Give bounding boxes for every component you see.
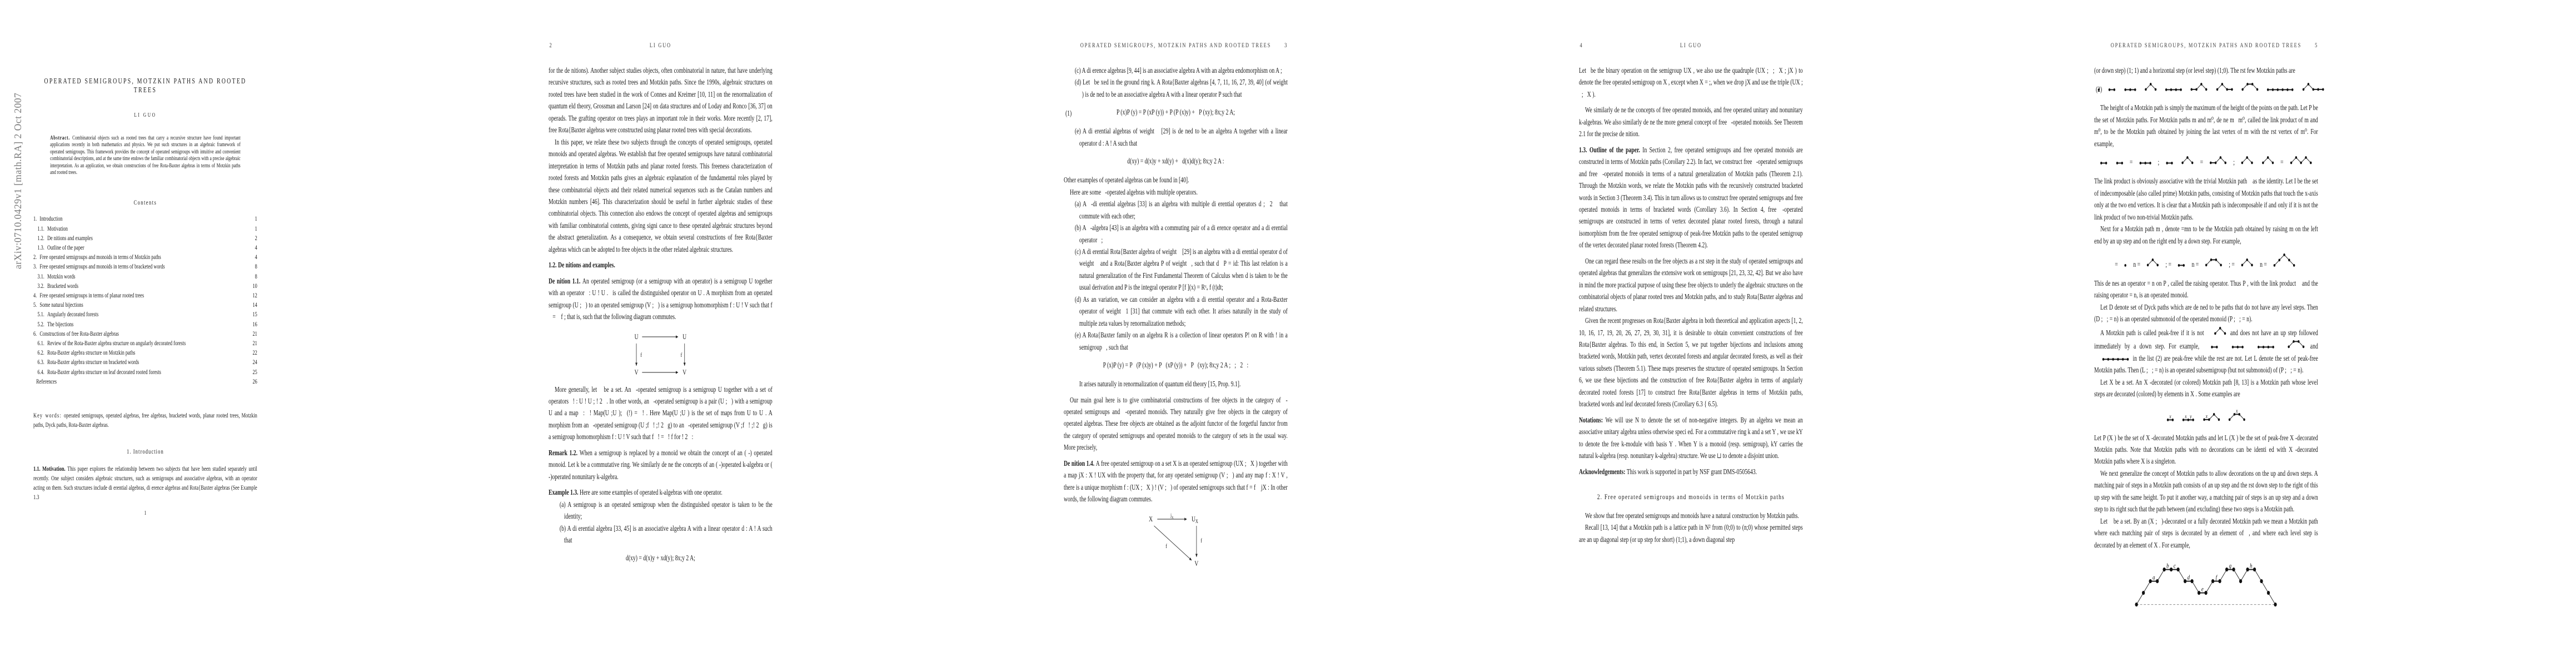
paragraph-lead: 1.2. De nitions and examples.	[549, 261, 615, 269]
paragraph-text: In Section 2, free operated semigroups a…	[1579, 146, 1803, 250]
page-content: 2LI GUOfor the de nitions). Another subj…	[549, 42, 773, 571]
path-label: x	[2235, 407, 2238, 414]
paragraph-lead: 1.1. Motivation.	[33, 466, 67, 472]
toc-label: Rota-Baxter algebra structure on bracket…	[47, 358, 139, 367]
table-of-contents: 1.Introduction11.1.Motivation11.2.De nit…	[33, 215, 257, 387]
toc-number: 1.1.	[37, 225, 44, 234]
motzkin-path-wrap	[2215, 81, 2234, 96]
motzkin-path	[2266, 87, 2295, 93]
toc-page: 21	[252, 339, 257, 349]
toc-page: 4	[255, 253, 257, 262]
motzkin-paths-row: (2)	[2094, 81, 2318, 96]
equation-text: n =	[2260, 260, 2267, 268]
paragraph-text: for the de nitions). Another subject stu…	[549, 66, 773, 134]
page-content: OPERATED SEMIGROUPS, MOTZKIN PATHS AND R…	[33, 42, 257, 516]
motzkin-path-wrap	[2261, 155, 2274, 170]
paragraph: One can regard these results on the free…	[1579, 255, 1803, 315]
equation-text: =	[2280, 158, 2283, 166]
paragraph-text: We will use N to denote the set of non-n…	[1579, 416, 1803, 460]
paragraph: (a) A semigroup is an operated semigroup…	[549, 499, 773, 522]
page-1: OPERATED SEMIGROUPS, MOTZKIN PATHS AND R…	[0, 0, 515, 667]
header-running-title: LI GUO	[1680, 42, 1702, 49]
paragraph-lead: Remark 1.2.	[549, 449, 580, 457]
motzkin-path-wrap	[2273, 252, 2296, 272]
paragraph: More generally, let be a set. An -operat…	[549, 384, 773, 443]
header-page-number: 5	[2315, 42, 2317, 49]
toc-spacer	[161, 368, 253, 377]
path-label: x	[2169, 413, 2171, 419]
motzkin-paths-row: = n = ; = n = ; = n =	[2094, 252, 2318, 272]
motzkin-path-wrap	[2240, 155, 2254, 170]
motzkin-path-wrap: x	[2228, 405, 2246, 426]
toc-row: 6.Constructions of free Rota-Baxter alge…	[33, 330, 257, 339]
toc-label: Some natural bijections	[39, 301, 83, 310]
toc-spacer	[186, 339, 252, 349]
path-label: x	[2185, 413, 2187, 419]
equation-text: and	[2310, 342, 2318, 350]
path-label: b	[2166, 563, 2169, 570]
equation-body: d(xy) = d(x)y + xd(y) + d(x)d(y); 8x;y 2…	[1127, 157, 1224, 165]
toc-spacer	[68, 225, 255, 234]
motzkin-paths-row: = ; = ; =	[2094, 155, 2318, 170]
motzkin-path	[2146, 257, 2160, 268]
toc-label: Outline of the paper	[47, 243, 84, 253]
paragraph-lead: De nition 1.1.	[549, 277, 582, 285]
motzkin-path-wrap	[2115, 155, 2124, 170]
section-heading: 2. Free operated semigroups and monoids …	[1579, 492, 1803, 501]
paragraph: Let be the binary operation on the semig…	[1579, 64, 1803, 100]
toc-label: Motivation	[47, 225, 68, 234]
path-label: a	[2153, 575, 2155, 582]
toc-spacer	[161, 253, 255, 262]
paragraph-text: (e) A di erential algebras of weight [29…	[1075, 127, 1288, 147]
decorated-motzkin-path-figure: abcdefgh	[2094, 559, 2318, 609]
toc-label: Bracketed words	[47, 282, 78, 291]
motzkin-path-wrap	[2100, 155, 2108, 170]
motzkin-path	[2240, 155, 2254, 166]
toc-row: 5.Some natural bijections14	[33, 301, 257, 310]
paragraph-text: Given the recent progresses on Rota{Baxt…	[1579, 316, 1803, 408]
paragraph: (e) A di erential algebras of weight [29…	[1064, 125, 1288, 149]
toc-spacer	[98, 310, 252, 320]
header-page-number: 3	[1284, 42, 1287, 49]
paragraph-text: Here are some -operated algebras with mu…	[1070, 188, 1198, 196]
toc-label: Free operated semigroups and monoids in …	[39, 262, 165, 272]
equation-text: =	[2200, 158, 2203, 166]
paragraph-text: (a) A -di erential algebras [33] is an a…	[1075, 200, 1288, 220]
toc-row: 1.2.De nitions and examples2	[33, 234, 257, 243]
toc-row: 1.Introduction1	[33, 215, 257, 224]
toc-number: 1.	[33, 215, 37, 224]
paragraph-text: Other examples of operated algebras can …	[1064, 176, 1189, 184]
motzkin-path: x	[2228, 405, 2246, 423]
paragraph-with-paths: A Motzkin path is called peak-free if it…	[2094, 325, 2318, 376]
paragraph: (b) A di erential algebra [33, 45] is an…	[549, 522, 773, 546]
paragraph-text: (c) A di erential Rota{Baxter algebra of…	[1075, 247, 1288, 291]
toc-spacer	[78, 282, 252, 291]
paragraph: The height of a Motzkin path is simply t…	[2094, 102, 2318, 150]
page-3: OPERATED SEMIGROUPS, MOTZKIN PATHS AND R…	[1030, 0, 1546, 667]
path-label: y	[2190, 413, 2192, 419]
paragraph: We next generalize the concept of Motzki…	[2094, 467, 2318, 515]
toc-page: 21	[252, 330, 257, 339]
author-name: LI GUO	[33, 112, 257, 118]
path-label: h	[2250, 563, 2252, 570]
motzkin-path: x	[2203, 405, 2221, 423]
diagram-label: X	[1149, 515, 1153, 523]
motzkin-path-wrap	[2205, 257, 2223, 272]
paragraph-text: (c) A di erence algebras [9, 44] is an a…	[1075, 66, 1282, 74]
paragraph: (or down step) (1; 1) and a horizontal s…	[2094, 64, 2318, 76]
equation-text: =	[2115, 260, 2117, 268]
paragraph-text: Recall [13, 14] that a Motzkin path is a…	[1579, 523, 1803, 543]
toc-spacer	[119, 330, 253, 339]
toc-number: 1.2.	[37, 234, 44, 243]
toc-number: 6.3.	[37, 358, 44, 367]
page-content: OPERATED SEMIGROUPS, MOTZKIN PATHS AND R…	[1064, 42, 1288, 575]
paragraph-text: Next for a Motzkin path m , denote =mn t…	[2094, 225, 2318, 245]
motzkin-path	[2165, 87, 2183, 93]
motzkin-path: abcdefgh	[2134, 559, 2279, 609]
paragraph-lead: De nition 1.4.	[1064, 459, 1096, 467]
toc-page: 25	[252, 368, 257, 377]
toc-number: 6.	[33, 330, 37, 339]
paragraph: In this paper, we relate these two subje…	[549, 136, 773, 256]
toc-number: 3.	[33, 262, 37, 272]
paragraph-text: The link product is obviously associativ…	[2094, 177, 2318, 221]
paragraph: 1.3. Outline of the paper.In Section 2, …	[1579, 144, 1803, 251]
path-label: d	[2188, 575, 2190, 582]
paragraph-text: Let D denote set of Dyck paths which are…	[2094, 303, 2318, 323]
paragraph-text: (a) A semigroup is an operated semigroup…	[560, 500, 773, 520]
diagram-label: f	[681, 351, 682, 359]
motzkin-path	[2190, 81, 2208, 93]
motzkin-path-wrap	[2124, 82, 2137, 96]
paragraph-text: We next generalize the concept of Motzki…	[2094, 469, 2318, 513]
equation-text: n =	[2191, 260, 2199, 268]
motzkin-path-wrap	[2144, 81, 2158, 96]
paragraph-lead: Example 1.3.	[549, 488, 580, 496]
toc-number: 5.	[33, 301, 37, 310]
paragraph: This de nes an operator = n on P , calle…	[2094, 277, 2318, 301]
paragraph: De nition 1.4.A free operated semigroup …	[1064, 457, 1288, 505]
toc-row: 6.4.Rota-Baxter algebra structure on lea…	[33, 368, 257, 377]
paragraph: (d) Let be xed in the ground ring k. A R…	[1064, 76, 1288, 100]
motzkin-path-wrap	[2266, 82, 2295, 96]
motzkin-path	[2165, 160, 2174, 166]
toc-number: 3.2.	[37, 282, 44, 291]
toc-page: 14	[252, 301, 257, 310]
motzkin-path-wrap	[2289, 155, 2313, 170]
equation-tag: (2)	[2096, 82, 2102, 97]
paragraph-text: One can regard these results on the free…	[1579, 257, 1803, 313]
motzkin-path-wrap	[2250, 340, 2275, 352]
motzkin-path-wrap	[2139, 155, 2152, 170]
paragraph: Recall [13, 14] that a Motzkin path is a…	[1579, 521, 1803, 545]
paragraph-text: This de nes an operator = n on P , calle…	[2094, 279, 2318, 299]
motzkin-path-wrap	[2178, 257, 2186, 272]
toc-spacer	[144, 291, 252, 301]
page-content: 4LI GUOLet be the binary operation on th…	[1579, 42, 1803, 545]
motzkin-path	[2256, 344, 2275, 350]
diagram-label: f	[640, 351, 642, 359]
header-page-number: 2	[549, 42, 551, 49]
motzkin-path-wrap	[2208, 325, 2227, 339]
toc-page: 10	[252, 282, 257, 291]
toc-label: Rota-Baxter algebra structure on leaf de…	[47, 368, 161, 377]
motzkin-path	[2301, 81, 2325, 93]
running-header: 2LI GUO	[549, 42, 773, 52]
motzkin-path	[2115, 160, 2124, 166]
toc-row: 5.1.Angularly decorated forests15	[33, 310, 257, 320]
paragraph-text: A free operated semigroup on a set X is …	[1064, 459, 1288, 503]
toc-page: 2	[255, 234, 257, 243]
keywords-text: operated semigroups, operated algebras, …	[33, 412, 257, 429]
paragraph: It arises naturally in renormalization o…	[1064, 378, 1288, 390]
paragraph: We similarly de ne the concepts of free …	[1579, 104, 1803, 140]
paragraph: Our main goal here is to give combinator…	[1064, 394, 1288, 454]
toc-page: 24	[252, 358, 257, 367]
toc-number: 3.1.	[37, 272, 44, 282]
motzkin-path-wrap	[2241, 81, 2259, 96]
motzkin-path-wrap	[2204, 340, 2219, 352]
diagram-label: U	[682, 333, 686, 341]
keywords-label: Key words:	[33, 412, 64, 419]
motzkin-path	[2289, 155, 2313, 166]
toc-spacer	[139, 358, 252, 367]
motzkin-path-wrap	[2107, 82, 2116, 96]
toc-page: 8	[255, 262, 257, 272]
toc-number: 2.	[33, 253, 37, 262]
toc-row: 6.1.Review of the Rota-Baxter algebra st…	[33, 339, 257, 349]
toc-row: 3.1.Motzkin words8	[33, 272, 257, 282]
paragraph-text: More generally, let be a set. An -operat…	[549, 385, 773, 441]
path-label: f	[2216, 575, 2218, 582]
paragraph-text: Here are some examples of operated k-alg…	[580, 488, 723, 496]
header-running-title: OPERATED SEMIGROUPS, MOTZKIN PATHS AND R…	[2111, 42, 2301, 49]
paragraph-text: Let P (X ) be the set of X -decorated Mo…	[2094, 434, 2318, 466]
paper-title: OPERATED SEMIGROUPS, MOTZKIN PATHS AND R…	[33, 77, 257, 94]
toc-label: Rota-Baxter algebra structure on Motzkin…	[47, 349, 135, 358]
equation-body: d(xy) = d(x)y + xd(y); 8x;y 2 A;	[626, 554, 695, 562]
paragraph-text: Let X be a set. An X -decorated (or colo…	[2094, 378, 2318, 398]
diagram-label: UX	[1192, 515, 1198, 524]
toc-spacer	[57, 377, 252, 387]
paragraph: (d) As an variation, we can consider an …	[1064, 293, 1288, 329]
equation-text: =	[2130, 158, 2132, 166]
page-5: OPERATED SEMIGROUPS, MOTZKIN PATHS AND R…	[2061, 0, 2576, 667]
paragraph: Let D denote set of Dyck paths which are…	[2094, 301, 2318, 325]
paragraph-text: (b) A -algebra [43] is an algebra with a…	[1075, 223, 1288, 243]
toc-row: 2.Free operated semigroups and monoids i…	[33, 253, 257, 262]
toc-row: 1.1.Motivation1	[33, 225, 257, 234]
paragraph-text: When a semigroup is replaced by a monoid…	[549, 449, 773, 481]
toc-page: 8	[255, 272, 257, 282]
toc-page: 12	[252, 291, 257, 301]
diagram-label: f	[1200, 537, 1202, 544]
toc-spacer	[73, 320, 252, 330]
paragraph-text: In this paper, we relate these two subje…	[549, 138, 773, 253]
diagram-label: U	[635, 333, 639, 341]
paragraph-text: It arises naturally in renormalization o…	[1079, 380, 1240, 388]
equation-text: ; =	[2229, 260, 2235, 268]
motzkin-path	[2273, 252, 2296, 268]
paragraph-text: (d) Let be xed in the ground ring k. A R…	[1075, 78, 1288, 98]
toc-label: Review of the Rota-Baxter algebra struct…	[47, 339, 186, 349]
header-page-number: 4	[1580, 42, 1582, 49]
toc-spacer	[135, 349, 252, 358]
motzkin-path	[2101, 356, 2130, 362]
page-content: OPERATED SEMIGROUPS, MOTZKIN PATHS AND R…	[2094, 42, 2318, 614]
path-label: x	[2205, 412, 2208, 419]
page-2: 2LI GUOfor the de nitions). Another subj…	[515, 0, 1030, 667]
abstract-label: Abstract.	[50, 135, 72, 141]
toc-label: Introduction	[39, 215, 62, 224]
toc-label: Free operated semigroups and monoids in …	[39, 253, 161, 262]
toc-number: 1.3.	[37, 243, 44, 253]
equation-body: P (x)P (y) = P (P (x)y) + P (xP (y)) + P…	[1103, 361, 1249, 369]
paragraph: 1.1. Motivation.This paper explores the …	[33, 465, 257, 503]
toc-label: Motzkin words	[47, 272, 76, 282]
motzkin-path: xy	[2182, 411, 2195, 423]
motzkin-path-wrap	[2281, 339, 2305, 352]
paragraph-text: (e) A Rota{Baxter family on an algebra R…	[1075, 331, 1288, 351]
paragraph-lead: Acknowledgements:	[1579, 467, 1627, 476]
toc-page: 16	[252, 320, 257, 330]
commutative-square-svg: UUVVff	[630, 330, 691, 377]
toc-page: 1	[255, 225, 257, 234]
paragraph: We show that free operated semigroups an…	[1579, 510, 1803, 521]
header-running-title: LI GUO	[650, 42, 671, 49]
contents-heading: Contents	[33, 200, 257, 206]
toc-number: 6.2.	[37, 349, 44, 358]
equation-text: ; =	[2165, 260, 2171, 268]
equation-body: P (x)P (y) = P (xP (y)) + P (P (x)y) + P…	[1117, 108, 1235, 116]
motzkin-path-wrap: x	[2203, 405, 2221, 426]
page-4: 4LI GUOLet be the binary operation on th…	[1546, 0, 2061, 667]
paragraph: Let X be a set. An X -decorated (or colo…	[2094, 376, 2318, 400]
paragraph: Let P (X ) be the set of X -decorated Mo…	[2094, 432, 2318, 467]
paragraph: Remark 1.2.When a semigroup is replaced …	[549, 447, 773, 482]
toc-row: 6.3.Rota-Baxter algebra structure on bra…	[33, 358, 257, 367]
paragraph: Let be a set. By an (X ; )-decorated or …	[2094, 515, 2318, 551]
running-header: OPERATED SEMIGROUPS, MOTZKIN PATHS AND R…	[1064, 42, 1288, 52]
toc-number: 4.	[33, 291, 37, 301]
motzkin-path	[2215, 81, 2234, 93]
motzkin-path	[2261, 155, 2274, 166]
equation-text: A Motzkin path is called peak-free if it…	[2100, 328, 2204, 337]
paragraph: for the de nitions). Another subject stu…	[549, 64, 773, 136]
toc-spacer	[83, 301, 253, 310]
motzkin-paths-row: x xy x x	[2094, 405, 2318, 426]
toc-page: 1	[255, 215, 257, 224]
toc-label: Constructions of free Rota-Baxter algebr…	[39, 330, 118, 339]
motzkin-path	[2124, 87, 2137, 93]
toc-number: 6.4.	[37, 368, 44, 377]
motzkin-path-wrap	[2124, 257, 2127, 272]
equation: P (x)P (y) = P (P (x)y) + P (xP (y)) + P…	[1064, 358, 1288, 372]
motzkin-path	[2107, 87, 2116, 93]
paragraph-text: (d) As an variation, we can consider an …	[1075, 295, 1288, 327]
toc-row: 5.2.The bijections16	[33, 320, 257, 330]
paragraph: De nition 1.1.An operated semigroup (or …	[549, 275, 773, 323]
toc-row: 3.2.Bracketed words10	[33, 282, 257, 291]
paragraph-text: We similarly de ne the concepts of free …	[1579, 106, 1803, 138]
equation: d(xy) = d(x)y + xd(y) + d(x)d(y); 8x;y 2…	[1064, 154, 1288, 168]
abstract: Abstract.Combinatorial objects such as r…	[50, 135, 241, 176]
motzkin-path	[2139, 160, 2152, 166]
motzkin-path	[2124, 262, 2127, 268]
diagram-label: f	[1165, 542, 1167, 550]
paragraph: Here are some -operated algebras with mu…	[1064, 186, 1288, 198]
paragraph: Other examples of operated algebras can …	[1064, 174, 1288, 186]
header-running-title: OPERATED SEMIGROUPS, MOTZKIN PATHS AND R…	[1080, 42, 1271, 49]
paragraph: 1.2. De nitions and examples.	[549, 259, 773, 271]
motzkin-path	[2231, 344, 2244, 350]
toc-number: 5.2.	[37, 320, 44, 330]
motzkin-path-wrap: x	[2166, 411, 2174, 426]
motzkin-path-wrap: xy	[2182, 411, 2195, 426]
paragraph: (c) A di erence algebras [9, 44] is an a…	[1064, 64, 1288, 76]
abstract-text: Combinatorial objects such as rooted tre…	[50, 135, 241, 176]
toc-spacer	[93, 234, 255, 243]
toc-spacer	[165, 262, 255, 272]
toc-spacer	[75, 272, 255, 282]
paragraph-lead: 1.3. Outline of the paper.	[1579, 146, 1642, 154]
paragraph-text: This paper explores the relationship bet…	[33, 466, 257, 501]
toc-row: 3.Free operated semigroups and monoids i…	[33, 262, 257, 272]
diagram-label: jX	[1170, 512, 1173, 520]
motzkin-path-wrap	[2190, 81, 2208, 96]
paragraph-text: We show that free operated semigroups an…	[1585, 511, 1799, 520]
equation-text: n =	[2133, 260, 2140, 268]
paragraph: Example 1.3.Here are some examples of op…	[549, 486, 773, 498]
paragraph: Notations:We will use N to denote the se…	[1579, 414, 1803, 462]
paragraph-text: An operated semigroup (or a semigroup wi…	[549, 277, 773, 321]
motzkin-path-wrap	[2225, 340, 2244, 352]
path-label: c	[2174, 563, 2176, 570]
motzkin-path-wrap	[2165, 155, 2174, 170]
paragraph: Given the recent progresses on Rota{Baxt…	[1579, 315, 1803, 410]
diagram-label: V	[635, 369, 639, 376]
diagram-label: V	[1194, 560, 1199, 568]
paragraph: (b) A -algebra [43] is an algebra with a…	[1064, 222, 1288, 246]
motzkin-path: x	[2166, 411, 2174, 423]
toc-label: References	[36, 377, 57, 387]
equation: d(xy) = d(x)y + xd(y); 8x;y 2 A;	[549, 551, 773, 565]
toc-label: Free operated semigroups in terms of pla…	[39, 291, 144, 301]
paragraph-text: Let be a set. By an (X ; )-decorated or …	[2094, 517, 2318, 549]
paragraph-text: (b) A di erential algebra [33, 45] is an…	[560, 524, 773, 544]
triangle-diagram: XUXVjXff	[1064, 512, 1288, 568]
motzkin-path	[2181, 155, 2194, 166]
toc-page: 26	[252, 377, 257, 387]
motzkin-path	[2287, 339, 2305, 350]
toc-spacer	[84, 243, 255, 253]
motzkin-path	[2144, 81, 2158, 93]
toc-page: 22	[252, 349, 257, 358]
triangle-diagram-svg: XUXVjXff	[1141, 512, 1210, 568]
diagram-label: V	[682, 369, 687, 376]
toc-number: 6.1.	[37, 339, 44, 349]
paragraph-text: (or down step) (1; 1) and a horizontal s…	[2094, 66, 2295, 74]
running-header: OPERATED SEMIGROUPS, MOTZKIN PATHS AND R…	[2094, 42, 2318, 52]
toc-row: References26	[33, 377, 257, 387]
paragraph-lead: Notations:	[1579, 416, 1605, 424]
toc-label: Angularly decorated forests	[47, 310, 98, 320]
toc-number: 5.1.	[37, 310, 44, 320]
paragraph: (a) A -di erential algebras [33] is an a…	[1064, 198, 1288, 222]
